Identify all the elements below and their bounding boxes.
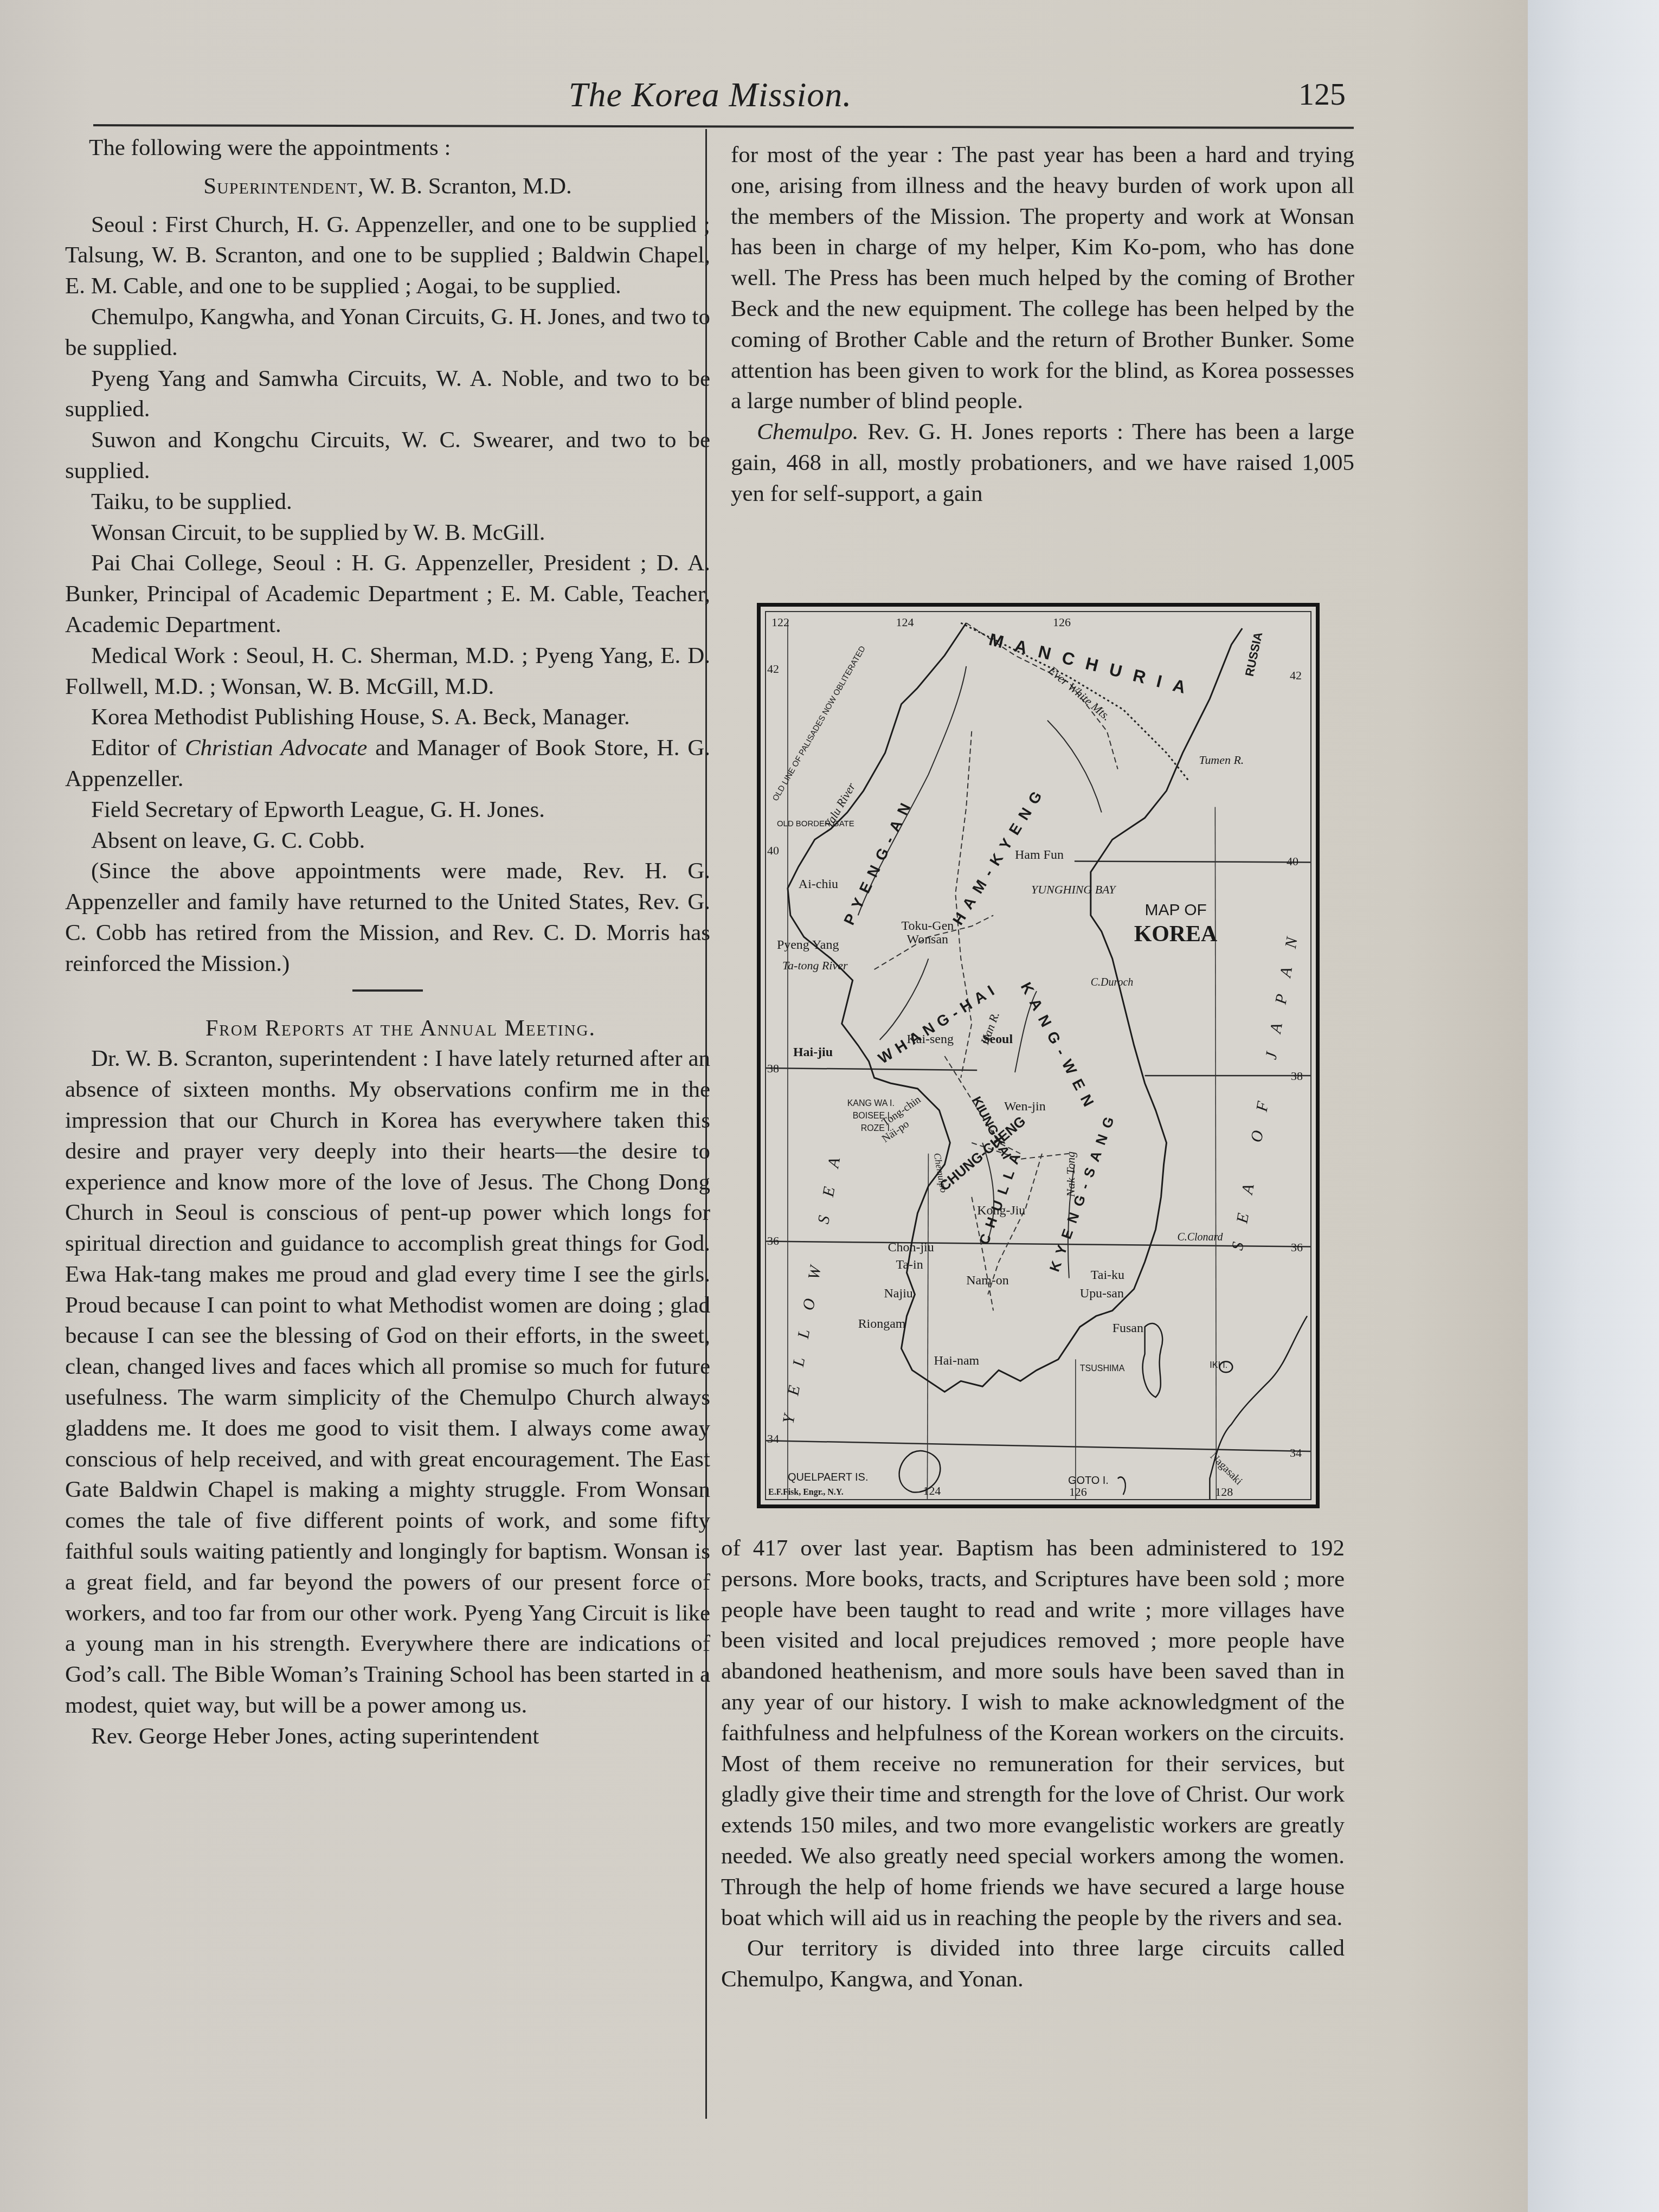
territory-paragraph: Our territory is divided into three larg… [721,1933,1345,1995]
running-title: The Korea Mission. [558,75,862,115]
island-label: BOISEE I. [853,1111,892,1121]
river-label: Tumen R. [1199,753,1244,767]
publication-title: Christian Advocate [185,735,367,761]
longitude-label: 126 [1069,1485,1087,1499]
place-label: Wonsan [906,933,948,947]
appointment-pai-chai: Pai Chai College, Seoul : H. G. Appenzel… [65,548,710,640]
appointment-editor: Editor of Christian Advocate and Manager… [65,733,710,795]
island-label: TSUSHIMA [1080,1364,1125,1373]
appointment-chemulpo: Chemulpo, Kangwha, and Yonan Circuits, G… [65,302,710,364]
bay-label: YUNGHING BAY [1031,883,1117,896]
place-label: Ta-in [896,1258,923,1272]
place-label: Pyeng Yang [777,938,839,952]
place-label: Hai-jiu [793,1045,833,1059]
palisades-label: OLD LINE OF PALISADES NOW OBLITERATED [771,644,867,802]
place-label: Kai-seng [906,1032,953,1046]
engraver-credit: E.F.Fisk, Engr., N.Y. [768,1488,844,1497]
place-label: Ai-chiu [799,877,838,891]
place-label: Chon-jiu [888,1240,934,1255]
region-label: MANCHURIA [987,629,1199,700]
editor-prefix: Editor of [91,735,185,761]
place-label: Fusan [1113,1321,1143,1335]
superintendent-name: W. B. Scranton, M.D. [364,173,571,199]
place-label: Upu-san [1080,1287,1124,1301]
appointment-field-secretary: Field Secretary of Epworth League, G. H.… [65,795,710,826]
place-label: Seoul [982,1032,1013,1046]
island-label: GOTO I. [1068,1475,1109,1487]
background-surface [1528,0,1659,2212]
appointment-taiku: Taiku, to be supplied. [65,487,710,518]
place-label: Toku-Gen [902,919,954,933]
latitude-label: 34 [1290,1446,1302,1459]
longitude-label: 124 [923,1484,941,1497]
latitude-label: 34 [767,1432,779,1445]
map-title-line2: KOREA [1134,922,1218,947]
chemulpo-label: Chemulpo. [757,419,859,445]
longitude-label: 122 [771,615,789,629]
latitude-label: 38 [1291,1069,1303,1083]
island-label: KANG WA I. [847,1099,895,1108]
region-label: PYENG-AN [840,794,917,928]
place-label: Nam-on [966,1274,1008,1288]
appointment-seoul: Seoul : First Church, H. G. Appenzeller,… [65,210,710,302]
appointment-absent: Absent on leave, G. C. Cobb. [65,826,710,857]
island-label: QUELPAERT IS. [788,1471,869,1483]
island-label: ROZE I. [861,1124,892,1133]
longitude-label: 124 [896,615,914,629]
place-label: Wen-jin [1004,1099,1046,1114]
map-of-korea: 122 124 126 42 42 40 40 38 38 36 36 34 3… [757,603,1320,1508]
latitude-label: 42 [767,662,779,676]
region-label: KYENG-SANG [1047,1108,1120,1274]
section-heading: From Reports at the Annual Meeting. [65,1013,710,1044]
section-divider [352,989,423,992]
place-label: Kong-Jiu [977,1204,1025,1218]
chemulpo-report-continued: of 417 over last year. Baptism has been … [721,1533,1345,1933]
place-label: Nagasaki [1208,1450,1245,1487]
sea-label: SEA OF JAPAN [1229,917,1304,1252]
place-label: Ham Fun [1015,848,1064,862]
place-label: Najiu [884,1287,913,1301]
map-title-line1: MAP OF [1145,901,1207,919]
region-label: KANG-WEN [1018,979,1101,1116]
superintendent-line: Superintendent, W. B. Scranton, M.D. [65,171,710,202]
scranton-report: Dr. W. B. Scranton, superintendent : I h… [65,1044,710,1721]
latitude-label: 40 [767,844,779,857]
latitude-label: 36 [767,1234,779,1248]
chemulpo-report-top: Chemulpo. Rev. G. H. Jones reports : The… [731,417,1354,509]
latitude-label: 36 [1291,1240,1303,1254]
book-page: The Korea Mission. 125 The following wer… [0,0,1528,2212]
place-label: Hai-nam [934,1354,979,1368]
latitude-label: 42 [1290,668,1302,682]
appointments-intro: The following were the appointments : [65,133,710,164]
island-label: IKI I. [1210,1361,1227,1370]
jones-report-intro: Rev. George Heber Jones, acting superint… [65,1721,710,1752]
running-head: The Korea Mission. 125 [0,75,1528,118]
appointments-note: (Since the above appointments were made,… [65,856,710,979]
latitude-label: 40 [1287,854,1298,868]
superintendent-label: Superintendent, [203,173,364,199]
place-label: Tai-ku [1091,1268,1124,1282]
right-column-top: for most of the year : The past year has… [731,140,1354,510]
sea-label: YELLOW SEA [779,1137,847,1425]
longitude-label: 126 [1053,615,1071,629]
place-label: C.Duroch [1091,976,1134,988]
right-column-bottom: of 417 over last year. Baptism has been … [721,1533,1345,1995]
river-label: Nak Tong [1064,1152,1077,1198]
region-label: RUSSIA [1243,631,1265,678]
appointment-wonsan: Wonsan Circuit, to be supplied by W. B. … [65,518,710,549]
header-rule [93,124,1354,129]
longitude-label: 128 [1215,1485,1233,1499]
appointment-medical: Medical Work : Seoul, H. C. Sherman, M.D… [65,641,710,703]
place-label: C.Clonard [1177,1231,1223,1243]
jones-report-continuation: for most of the year : The past year has… [731,140,1354,417]
page-number: 125 [1298,76,1346,112]
map-illustration: 122 124 126 42 42 40 40 38 38 36 36 34 3… [766,612,1310,1499]
appointment-pyeng-yang: Pyeng Yang and Samwha Circuits, W. A. No… [65,364,710,426]
left-column: The following were the appointments : Su… [65,133,710,1752]
place-label: Riongam [858,1317,906,1331]
appointment-publishing: Korea Methodist Publishing House, S. A. … [65,702,710,733]
map-canvas: 122 124 126 42 42 40 40 38 38 36 36 34 3… [765,611,1311,1500]
latitude-label: 38 [767,1062,779,1075]
border-gate-label: OLD BORDER GATE [777,819,854,828]
river-label: Ta-tong River [782,959,848,972]
appointment-suwon: Suwon and Kongchu Circuits, W. C. Sweare… [65,425,710,487]
